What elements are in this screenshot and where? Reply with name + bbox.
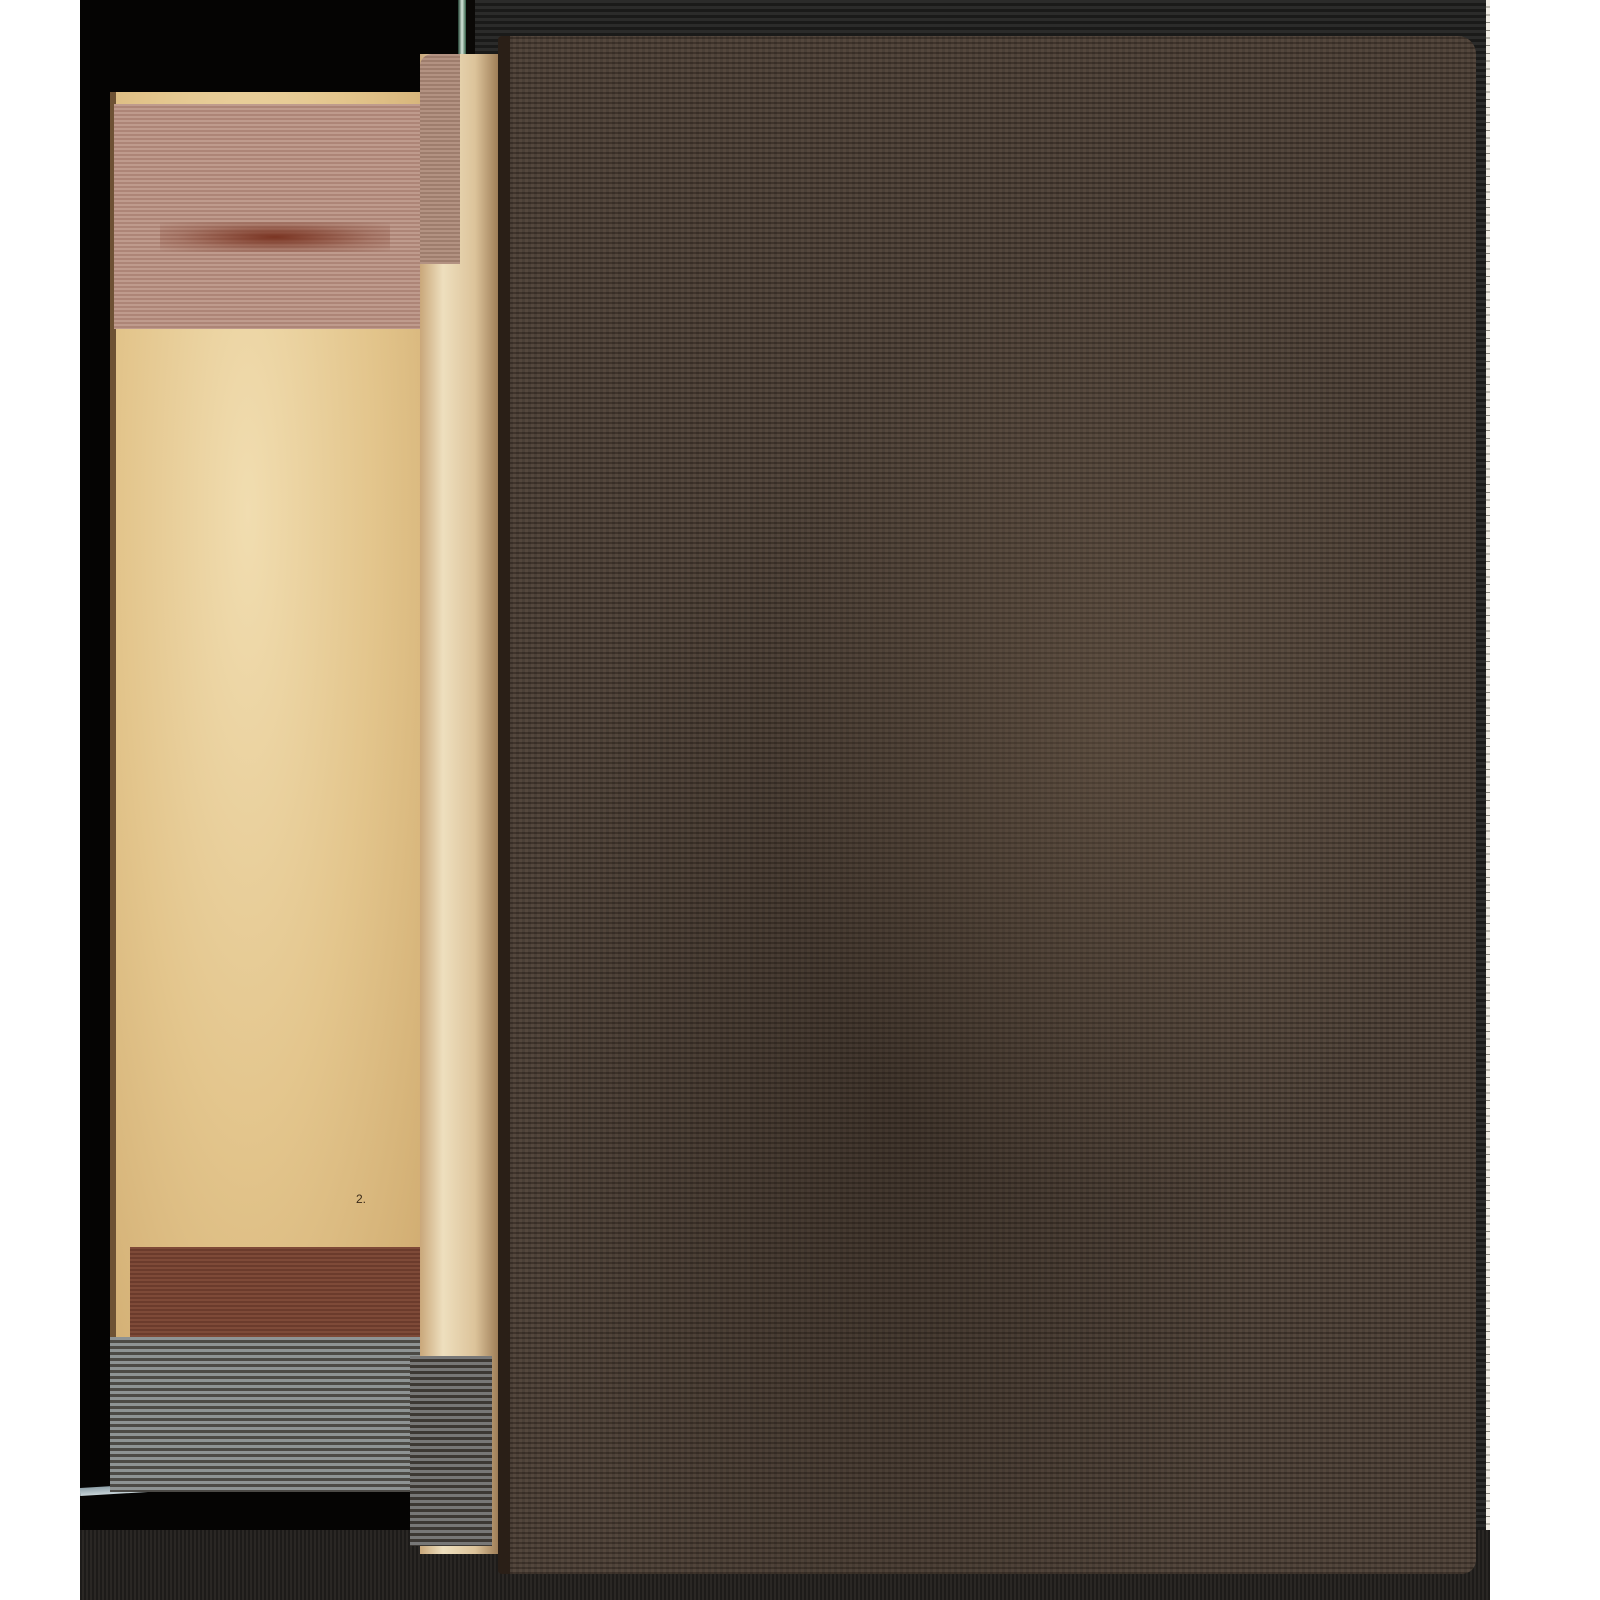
spine-head-cloth xyxy=(114,104,440,329)
main-book xyxy=(420,36,1480,1574)
mirrored-spine: 2. xyxy=(110,92,445,1492)
main-book-tailcap xyxy=(410,1356,492,1546)
ruler-ticks xyxy=(1486,0,1490,1530)
main-book-headcap xyxy=(420,54,460,264)
spine-mark: 2. xyxy=(356,1192,366,1206)
spine-label-remnant xyxy=(160,222,390,252)
centimeter-ruler: 20 19 18 17 16 15 14 13 12 11 10 9 8 7 6… xyxy=(1486,0,1490,1530)
book-cover xyxy=(498,36,1476,1574)
spine-tail-cloth xyxy=(130,1247,440,1345)
book-photo: 2. 20 19 18 17 16 15 14 13 12 11 10 9 8 … xyxy=(80,0,1490,1600)
spine-tail-fabric xyxy=(110,1337,440,1492)
